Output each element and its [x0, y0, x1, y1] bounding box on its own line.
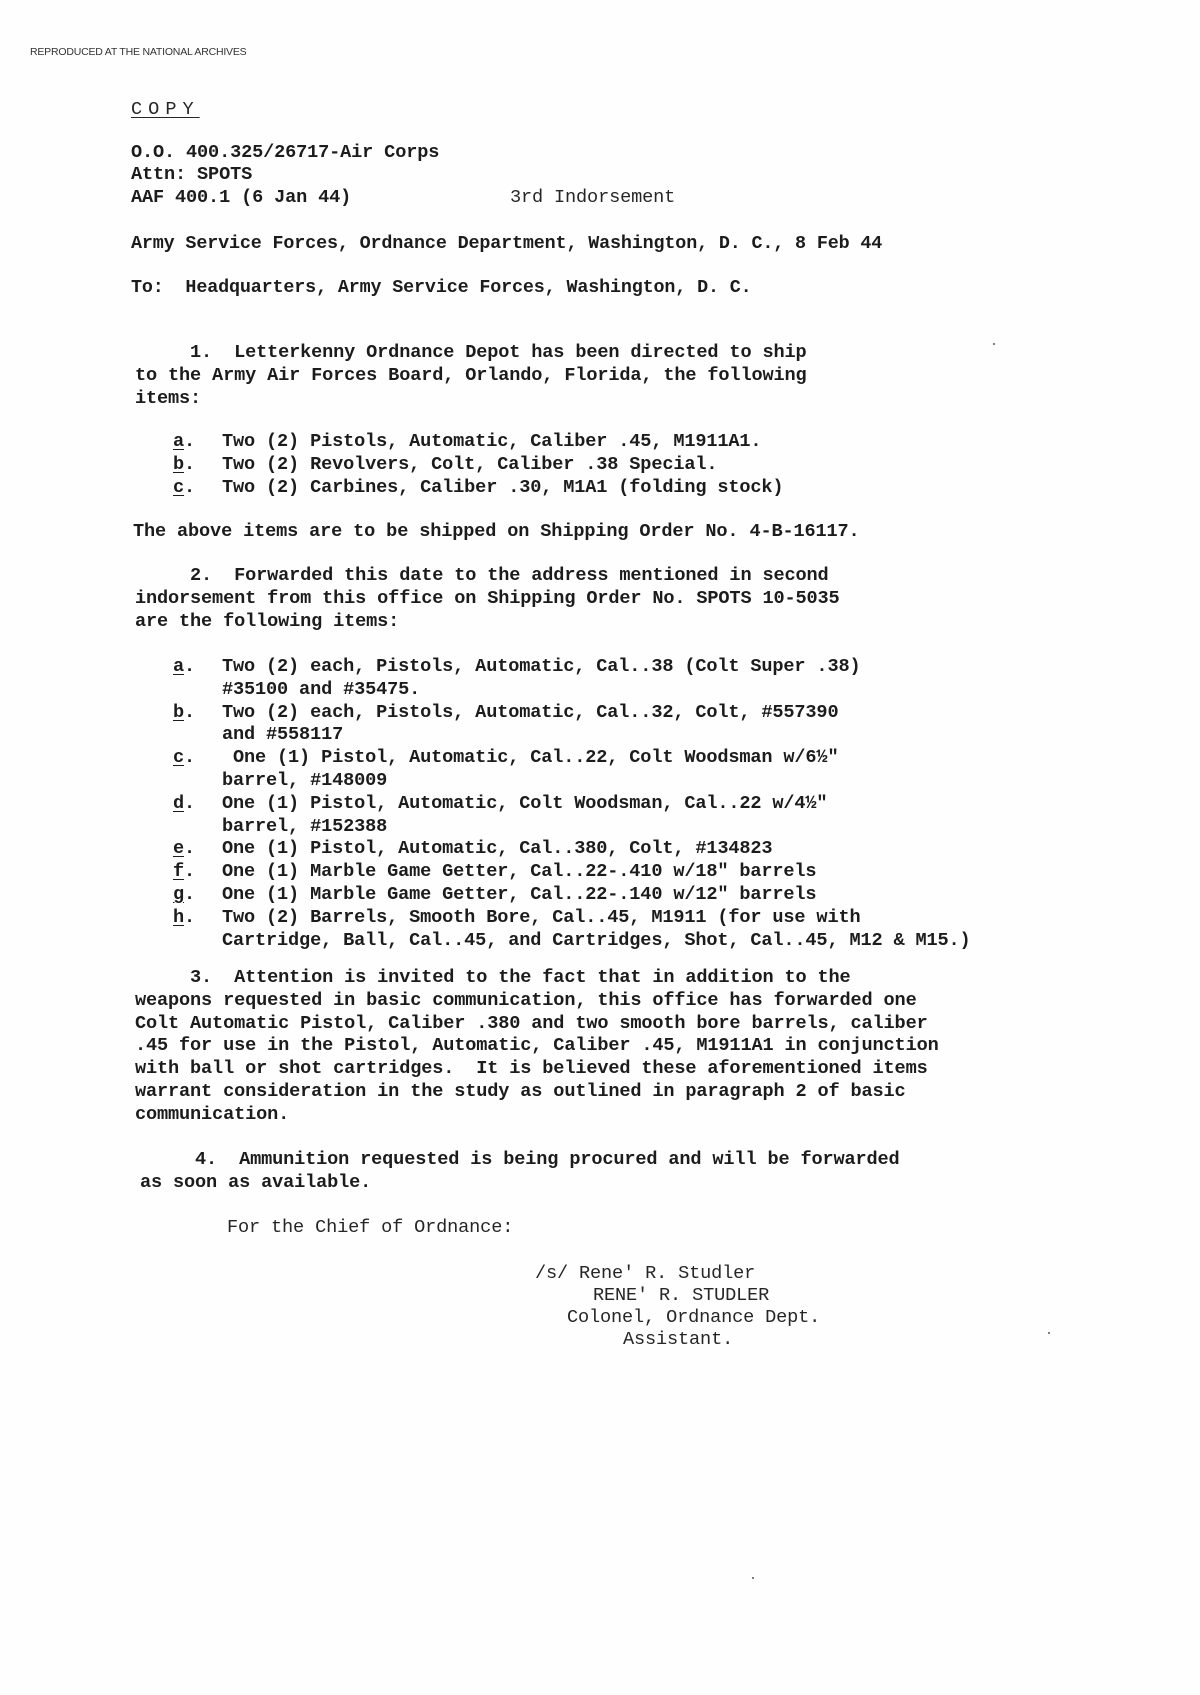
- paragraph-3-line: 3. Attention is invited to the fact that…: [135, 966, 851, 990]
- item-letter-dot: .: [184, 837, 195, 861]
- item-letter: a: [173, 655, 184, 679]
- shipping-note: The above items are to be shipped on Shi…: [133, 520, 860, 544]
- paragraph-3-line: warrant consideration in the study as ou…: [135, 1080, 906, 1104]
- item-letter: c: [173, 746, 184, 770]
- paragraph-3-line: communication.: [135, 1103, 289, 1127]
- list-item-continuation: and #558117: [222, 723, 343, 747]
- scan-speck: [993, 343, 995, 345]
- scan-speck: [1048, 1332, 1050, 1334]
- list-item-text: Two (2) Carbines, Caliber .30, M1A1 (fol…: [222, 476, 783, 500]
- scan-speck: [752, 1577, 754, 1579]
- paragraph-4-line: 4. Ammunition requested is being procure…: [140, 1148, 900, 1172]
- list-item-text: Two (2) Barrels, Smooth Bore, Cal..45, M…: [222, 906, 860, 930]
- paragraph-3-line: Colt Automatic Pistol, Caliber .380 and …: [135, 1012, 928, 1036]
- list-item-continuation: Cartridge, Ball, Cal..45, and Cartridges…: [222, 929, 971, 953]
- item-letter: b: [173, 453, 184, 477]
- item-letter-dot: .: [184, 430, 195, 454]
- paragraph-1-line: to the Army Air Forces Board, Orlando, F…: [135, 364, 807, 388]
- list-item-text: One (1) Marble Game Getter, Cal..22-.140…: [222, 883, 816, 907]
- paragraph-2-line: indorsement from this office on Shipping…: [135, 587, 840, 611]
- item-letter: c: [173, 476, 184, 500]
- item-letter-dot: .: [184, 701, 195, 725]
- item-letter-dot: .: [184, 476, 195, 500]
- item-letter: b: [173, 701, 184, 725]
- item-letter: a: [173, 430, 184, 454]
- list-item-text: One (1) Marble Game Getter, Cal..22-.410…: [222, 860, 816, 884]
- file-reference: O.O. 400.325/26717-Air Corps: [131, 141, 439, 165]
- item-letter: g: [173, 883, 184, 907]
- paragraph-1-line: items:: [135, 387, 201, 411]
- signature-signed: /s/ Rene' R. Studler: [535, 1262, 755, 1286]
- item-letter-dot: .: [184, 792, 195, 816]
- item-letter-dot: .: [184, 860, 195, 884]
- signature-title: Assistant.: [623, 1328, 733, 1352]
- paragraph-2-line: 2. Forwarded this date to the address me…: [135, 564, 829, 588]
- indorsement-title: 3rd Indorsement: [510, 186, 675, 210]
- list-item-continuation: #35100 and #35475.: [222, 678, 420, 702]
- aaf-reference: AAF 400.1 (6 Jan 44): [131, 186, 351, 210]
- paragraph-3-line: .45 for use in the Pistol, Automatic, Ca…: [135, 1034, 939, 1058]
- paragraph-3-line: with ball or shot cartridges. It is beli…: [135, 1057, 928, 1081]
- closing-line: For the Chief of Ordnance:: [227, 1216, 513, 1240]
- list-item-text: Two (2) Revolvers, Colt, Caliber .38 Spe…: [222, 453, 717, 477]
- paragraph-3-line: weapons requested in basic communication…: [135, 989, 917, 1013]
- attention-line: Attn: SPOTS: [131, 163, 252, 187]
- list-item-text: Two (2) each, Pistols, Automatic, Cal..3…: [222, 701, 838, 725]
- list-item-continuation: barrel, #148009: [222, 769, 387, 793]
- item-letter: e: [173, 837, 184, 861]
- item-letter-dot: .: [184, 883, 195, 907]
- item-letter-dot: .: [184, 655, 195, 679]
- list-item-text: Two (2) Pistols, Automatic, Caliber .45,…: [222, 430, 761, 454]
- document-page: REPRODUCED AT THE NATIONAL ARCHIVES COPY…: [0, 0, 1200, 1695]
- item-letter: d: [173, 792, 184, 816]
- to-line: To: Headquarters, Army Service Forces, W…: [131, 276, 752, 300]
- copy-label: COPY: [131, 98, 200, 122]
- archive-stamp: REPRODUCED AT THE NATIONAL ARCHIVES: [30, 46, 246, 58]
- list-item-text: Two (2) each, Pistols, Automatic, Cal..3…: [222, 655, 860, 679]
- paragraph-1-line: 1. Letterkenny Ordnance Depot has been d…: [135, 341, 807, 365]
- list-item-text: One (1) Pistol, Automatic, Colt Woodsman…: [222, 792, 827, 816]
- signature-rank: Colonel, Ordnance Dept.: [567, 1306, 820, 1330]
- item-letter-dot: .: [184, 906, 195, 930]
- list-item-continuation: barrel, #152388: [222, 815, 387, 839]
- list-item-text: One (1) Pistol, Automatic, Cal..22, Colt…: [222, 746, 838, 770]
- item-letter-dot: .: [184, 453, 195, 477]
- item-letter: f: [173, 860, 184, 884]
- paragraph-2-line: are the following items:: [135, 610, 399, 634]
- item-letter: h: [173, 906, 184, 930]
- signature-name: RENE' R. STUDLER: [593, 1284, 769, 1308]
- list-item-text: One (1) Pistol, Automatic, Cal..380, Col…: [222, 837, 772, 861]
- paragraph-4-line: as soon as available.: [140, 1171, 371, 1195]
- item-letter-dot: .: [184, 746, 195, 770]
- from-line: Army Service Forces, Ordnance Department…: [131, 232, 882, 256]
